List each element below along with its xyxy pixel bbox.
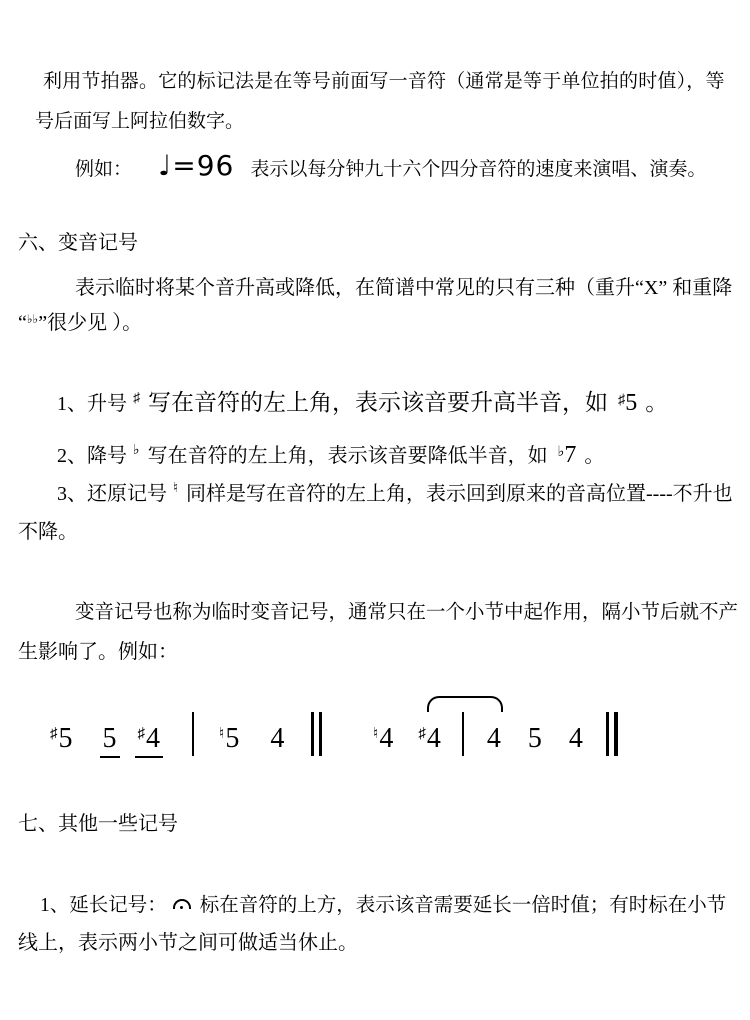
item1-example-number: 5 [625,390,637,416]
note-number: 4 [146,723,160,754]
note-number: 4 [487,723,501,754]
fermata-item-text: 标在音符的上方，表示该音需要延长一倍时值；有时标在小节 [200,895,727,916]
item3-prefix: 3、还原记号 [57,483,167,505]
music-example-right: ♮4 ♯4 4 5 4 [373,712,618,762]
tempo-example-line: 例如：♩=96表示以每分钟九十六个四分音符的速度来演唱、演奏。 [75,148,706,183]
tempo-explanation: 表示以每分钟九十六个四分音符的速度来演唱、演奏。 [250,159,706,180]
note-number: 4 [427,723,441,754]
note-number: 5 [225,723,239,754]
item-sharp-sign: 1、升号♯写在音符的左上角，表示该音要升高半音，如♯5。 [57,388,668,418]
note-number: 4 [569,723,583,754]
item1-period: 。 [645,390,668,415]
note-sharp-4-eighth: ♯4 [135,725,164,758]
section-six-intro-line-2: “♭♭”很少见 ）。 [18,311,142,336]
example-label: 例如： [75,159,132,180]
accidental-note-line-2: 生影响了。例如： [18,640,178,665]
item-natural-sign-wrap: 不降。 [18,520,78,545]
section-seven-heading: 七、其他一些记号 [18,812,178,837]
item1-text: 写在音符的左上角，表示该音要升高半音，如 [148,390,608,415]
barline [192,712,194,756]
double-flat-icon: ♭♭ [27,312,38,326]
natural-icon: ♮ [219,726,224,742]
note-5-eighth: 5 [100,725,120,758]
note-4-tied: 4 [487,725,501,753]
item-flat-sign: 2、降号♭写在音符的左上角，表示该音要降低半音，如♭7。 [57,440,604,470]
tempo-marking: ♩=96 [158,149,234,182]
note-number: 5 [528,723,542,754]
sharp-icon: ♯ [618,392,625,408]
note-sharp-4: ♯4 [418,725,441,753]
final-double-barline [606,712,618,762]
quarter-note-icon: ♩ [158,149,172,182]
note-number: 5 [103,723,117,754]
item1-prefix: 1、升号 [57,393,127,415]
section-six-heading: 六、变音记号 [18,231,138,256]
sharp-icon: ♯ [133,391,140,406]
fermata-icon [173,899,191,909]
note-sharp-5: ♯5 [50,725,73,753]
fermata-item-line-1: 1、延长记号：标在音符的上方，表示该音需要延长一倍时值；有时标在小节 [40,894,726,918]
note-natural-4: ♮4 [373,725,393,753]
sharp-icon: ♯ [418,726,426,742]
item2-text: 写在音符的左上角，表示该音要降低半音，如 [148,445,548,467]
sharp-icon: ♯ [138,726,146,742]
fermata-item-label: 1、延长记号： [40,895,167,916]
open-quote: “ [18,312,27,334]
fermata-item-line-2: 线上，表示两小节之间可做适当休止。 [18,931,358,956]
flat-icon: ♭ [558,444,565,460]
note-4: 4 [569,725,583,753]
item2-prefix: 2、降号 [57,445,127,467]
intro-line-2: 号后面写上阿拉伯数字。 [35,110,244,134]
item2-example: ♭7 [558,442,577,468]
note-number: 4 [379,723,393,754]
item2-period: 。 [584,445,604,467]
tie-arc [427,696,503,712]
note-number: 5 [59,723,73,754]
double-barline [311,712,322,762]
document-page: 利用节拍器。它的标记法是在等号前面写一音符（通常是等于单位拍的时值），等 号后面… [0,0,750,1020]
line2-rest: ”很少见 ）。 [38,312,142,334]
natural-icon: ♮ [173,481,178,496]
intro-line-1: 利用节拍器。它的标记法是在等号前面写一音符（通常是等于单位拍的时值），等 [43,70,725,94]
item2-example-number: 7 [564,442,576,468]
accidental-note-line-1: 变音记号也称为临时变音记号，通常只在一个小节中起作用，隔小节后就不产 [75,601,738,625]
item3-text: 同样是写在音符的左上角，表示回到原来的音高位置----不升也 [186,483,733,505]
fermata-dot [180,906,183,909]
section-six-intro-line-1: 表示临时将某个音升高或降低，在简谱中常见的只有三种（重升“X” 和重降 [75,276,732,301]
tempo-value: =96 [172,149,234,182]
sharp-icon: ♯ [50,726,58,742]
item1-example: ♯5 [618,390,637,416]
note-4: 4 [270,725,284,753]
note-number: 4 [270,723,284,754]
flat-icon: ♭ [133,443,140,458]
note-natural-5: ♮5 [219,725,239,753]
barline [462,712,464,756]
note-5: 5 [528,725,542,753]
item-natural-sign: 3、还原记号♮同样是写在音符的左上角，表示回到原来的音高位置----不升也 [57,482,733,507]
natural-icon: ♮ [373,726,378,742]
music-example-left: ♯5 5 ♯4 ♮5 4 [50,712,322,762]
